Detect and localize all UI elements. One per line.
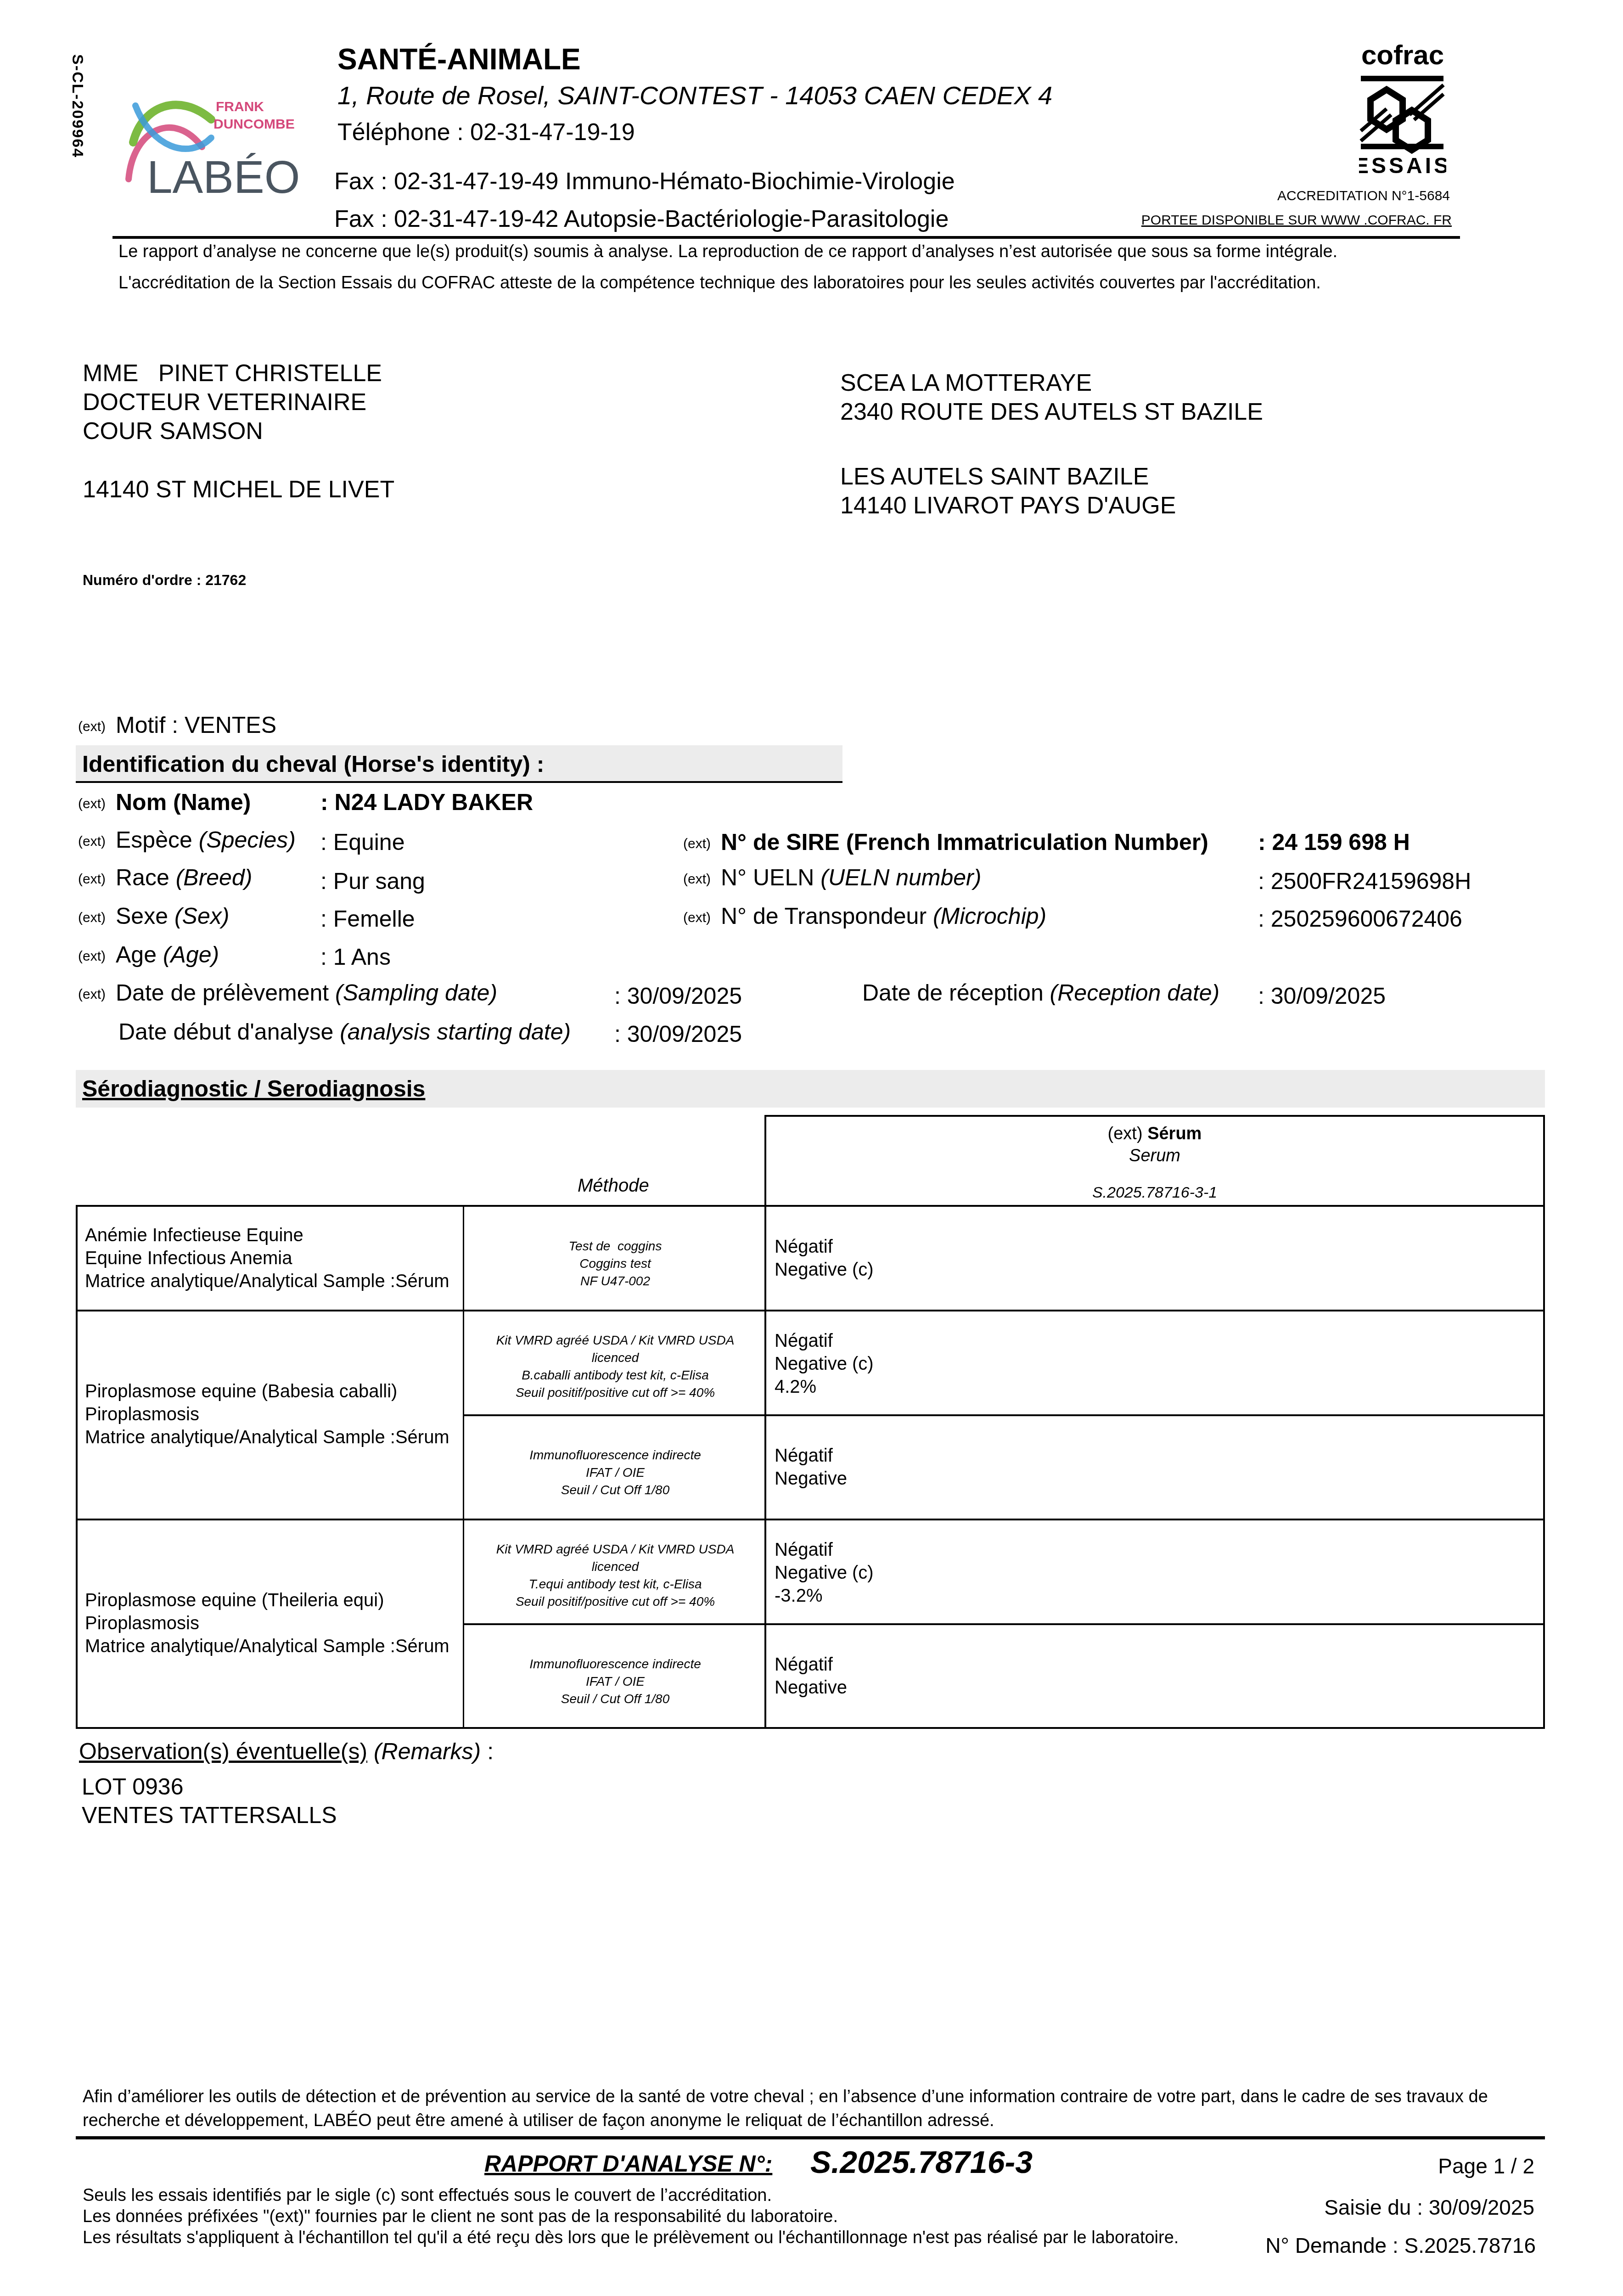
owner-line: SCEA LA MOTTERAYE xyxy=(840,369,1263,398)
method-line: IFAT / OIE xyxy=(464,1673,767,1690)
result-en: Negative (c) xyxy=(775,1352,874,1375)
sample-column-header: (ext) Sérum Serum S.2025.78716-3-1 xyxy=(764,1115,1545,1207)
result-fr: Négatif xyxy=(775,1235,874,1258)
ext-tag: (ext) xyxy=(78,796,106,811)
cofrac-logo: cofrac ESSAIS xyxy=(1359,39,1446,177)
analyte-name-fr: Piroplasmose equine (Babesia caballi) xyxy=(85,1380,449,1403)
row-divider xyxy=(76,1310,1545,1311)
result-fr: Négatif xyxy=(775,1329,874,1352)
breed-label-en: (Breed) xyxy=(176,865,253,890)
identity-row-name: (ext)Nom (Name) xyxy=(78,789,251,816)
analyte-name-fr: Anémie Infectieuse Equine xyxy=(85,1224,449,1247)
table-cell-result: Négatif Negative xyxy=(775,1653,847,1699)
identity-row-sampling-date: (ext)Date de prélèvement (Sampling date) xyxy=(78,979,497,1006)
ext-tag: (ext) xyxy=(683,872,711,887)
reception-date-label: Date de réception xyxy=(862,980,1044,1006)
ueln-label: N° UELN xyxy=(721,865,814,890)
sample-type: (ext) Sérum xyxy=(766,1124,1543,1144)
method-line: Seuil / Cut Off 1/80 xyxy=(464,1690,767,1708)
analyte-name-fr: Piroplasmose equine (Theileria equi) xyxy=(85,1589,449,1612)
recipient-line: COUR SAMSON xyxy=(83,417,382,446)
svg-text:cofrac: cofrac xyxy=(1361,39,1444,70)
result-percent: -3.2% xyxy=(775,1584,874,1607)
analysis-date-value: : 30/09/2025 xyxy=(614,1021,742,1047)
result-fr: Négatif xyxy=(775,1538,874,1561)
analyte-matrix: Matrice analytique/Analytical Sample :Sé… xyxy=(85,1270,449,1293)
footer-line: Les données préfixées "(ext)" fournies p… xyxy=(83,2206,1179,2227)
remark-line: VENTES TATTERSALLS xyxy=(82,1801,337,1829)
serodiagnosis-section-title: Sérodiagnostic / Serodiagnosis xyxy=(82,1075,425,1102)
research-notice: Afin d’améliorer les outils de détection… xyxy=(83,2085,1552,2133)
report-number-label: RAPPORT D'ANALYSE N°: xyxy=(484,2150,772,2177)
subrow-divider xyxy=(463,1623,1545,1625)
sire-label: N° de SIRE (French Immatriculation Numbe… xyxy=(721,829,1208,855)
sex-label-en: (Sex) xyxy=(174,903,229,929)
cofrac-scope-link[interactable]: PORTEE DISPONIBLE SUR WWW .COFRAC. FR xyxy=(1141,213,1452,228)
remarks-heading: Observation(s) éventuelle(s) (Remarks) : xyxy=(79,1738,494,1765)
transponder-value: : 250259600672406 xyxy=(1258,906,1462,932)
remarks-colon: : xyxy=(481,1739,494,1764)
ext-tag: (ext) xyxy=(683,910,711,925)
breed-value: : Pur sang xyxy=(320,868,425,895)
sampling-date-label-en: (Sampling date) xyxy=(335,980,497,1006)
ext-tag: (ext) xyxy=(78,872,106,887)
recipient-line: MME PINET CHRISTELLE xyxy=(83,359,382,388)
result-fr: Négatif xyxy=(775,1653,847,1676)
owner-line: 2340 ROUTE DES AUTELS ST BAZILE xyxy=(840,398,1263,427)
sampling-date-value: : 30/09/2025 xyxy=(614,983,742,1009)
ext-tag: (ext) xyxy=(1108,1124,1143,1143)
remark-line: LOT 0936 xyxy=(82,1773,337,1801)
footer-line: Les résultats s'appliquent à l'échantill… xyxy=(83,2227,1179,2248)
method-line: Seuil positif/positive cut off >= 40% xyxy=(464,1384,767,1401)
analysis-date-label-en: (analysis starting date) xyxy=(340,1019,571,1045)
recipient-address: MME PINET CHRISTELLE DOCTEUR VETERINAIRE… xyxy=(83,359,382,446)
table-cell-method: Test de coggins Coggins test NF U47-002 xyxy=(464,1238,767,1290)
remarks-content: LOT 0936 VENTES TATTERSALLS xyxy=(82,1773,337,1829)
method-line: Immunofluorescence indirecte xyxy=(464,1446,767,1464)
identity-section-header: Identification du cheval (Horse's identi… xyxy=(76,745,842,783)
lab-phone: Téléphone : 02-31-47-19-19 xyxy=(337,118,635,146)
age-label: Age xyxy=(116,942,157,968)
identity-row-breed: (ext)Race (Breed) xyxy=(78,864,252,891)
species-value: : Equine xyxy=(320,829,404,855)
motif-row: (ext)Motif : VENTES xyxy=(78,712,276,738)
ext-tag: (ext) xyxy=(78,910,106,925)
sex-label: Sexe xyxy=(116,903,168,929)
method-line: Kit VMRD agréé USDA / Kit VMRD USDA xyxy=(464,1332,767,1349)
method-line: B.caballi antibody test kit, c-Elisa xyxy=(464,1367,767,1384)
reception-date-label-en: (Reception date) xyxy=(1050,980,1220,1006)
request-number: N° Demande : S.2025.78716 xyxy=(1265,2233,1536,2258)
sample-name: Sérum xyxy=(1147,1124,1202,1143)
age-value: : 1 Ans xyxy=(320,944,391,970)
table-row-analyte: Piroplasmose equine (Babesia caballi) Pi… xyxy=(85,1380,449,1449)
result-en: Negative xyxy=(775,1676,847,1699)
svg-text:ESSAIS: ESSAIS xyxy=(1359,154,1446,177)
sampling-date-label: Date de prélèvement xyxy=(116,980,329,1006)
analysis-date-label: Date début d'analyse xyxy=(118,1019,333,1045)
row-divider xyxy=(76,1519,1545,1520)
reception-date-value: : 30/09/2025 xyxy=(1258,983,1386,1009)
motif-value: Motif : VENTES xyxy=(116,712,276,738)
method-line: T.equi antibody test kit, c-Elisa xyxy=(464,1576,767,1593)
lab-fax-immuno: Fax : 02-31-47-19-49 Immuno-Hémato-Bioch… xyxy=(334,168,955,195)
owner-line: LES AUTELS SAINT BAZILE xyxy=(840,462,1176,491)
table-cell-result: Négatif Negative (c) xyxy=(775,1235,874,1281)
identity-row-species: (ext)Espèce (Species) xyxy=(78,827,296,853)
remarks-title-en: (Remarks) xyxy=(374,1739,481,1764)
document-side-code: S-CL-209964 xyxy=(68,54,86,158)
transponder-label: N° de Transpondeur xyxy=(721,903,927,929)
method-line: IFAT / OIE xyxy=(464,1464,767,1481)
sample-name-en: Serum xyxy=(766,1146,1543,1166)
table-row-analyte: Piroplasmose equine (Theileria equi) Pir… xyxy=(85,1589,449,1658)
result-fr: Négatif xyxy=(775,1444,847,1467)
table-cell-result: Négatif Negative (c) -3.2% xyxy=(775,1538,874,1607)
recipient-line: DOCTEUR VETERINAIRE xyxy=(83,388,382,417)
method-line: Seuil / Cut Off 1/80 xyxy=(464,1481,767,1499)
recipient-city: 14140 ST MICHEL DE LIVET xyxy=(83,475,394,504)
method-line: NF U47-002 xyxy=(464,1272,767,1290)
transponder-label-en: (Microchip) xyxy=(933,903,1046,929)
svg-text:DUNCOMBE: DUNCOMBE xyxy=(213,117,295,132)
sire-value: : 24 159 698 H xyxy=(1258,829,1410,855)
method-line: licenced xyxy=(464,1558,767,1576)
header-divider xyxy=(112,236,1460,239)
sex-value: : Femelle xyxy=(320,906,415,932)
method-line: Seuil positif/positive cut off >= 40% xyxy=(464,1593,767,1610)
ext-tag: (ext) xyxy=(78,987,106,1002)
identity-row-sire: (ext)N° de SIRE (French Immatriculation … xyxy=(683,829,1208,855)
method-line: Immunofluorescence indirecte xyxy=(464,1655,767,1673)
owner-line: 14140 LIVAROT PAYS D'AUGE xyxy=(840,491,1176,520)
cofrac-essais-icon: cofrac ESSAIS xyxy=(1359,39,1446,177)
identity-row-sex: (ext)Sexe (Sex) xyxy=(78,903,229,929)
identity-section-title: Identification du cheval (Horse's identi… xyxy=(82,751,544,777)
ext-tag: (ext) xyxy=(683,836,711,851)
remarks-title: Observation(s) éventuelle(s) xyxy=(79,1739,367,1764)
result-en: Negative (c) xyxy=(775,1561,874,1584)
age-label-en: (Age) xyxy=(163,942,219,968)
labeo-swoosh-icon: FRANK DUNCOMBE LABÉO xyxy=(124,78,326,202)
table-cell-method: Immunofluorescence indirecte IFAT / OIE … xyxy=(464,1655,767,1708)
svg-text:LABÉO: LABÉO xyxy=(147,152,300,202)
method-line: Coggins test xyxy=(464,1255,767,1272)
method-line: licenced xyxy=(464,1349,767,1367)
accreditation-number: ACCREDITATION N°1-5684 xyxy=(1277,188,1450,204)
svg-text:FRANK: FRANK xyxy=(216,99,264,114)
order-number: Numéro d'ordre : 21762 xyxy=(83,572,246,589)
analyte-name-en: Equine Infectious Anemia xyxy=(85,1247,449,1270)
ext-tag: (ext) xyxy=(78,949,106,964)
report-number: S.2025.78716-3 xyxy=(810,2144,1033,2180)
identity-row-reception-date: Date de réception (Reception date) xyxy=(862,979,1219,1006)
method-line: Test de coggins xyxy=(464,1238,767,1255)
name-label: Nom (Name) xyxy=(116,789,251,815)
table-cell-method: Immunofluorescence indirecte IFAT / OIE … xyxy=(464,1446,767,1499)
footer-divider xyxy=(76,2136,1545,2139)
method-line: Kit VMRD agréé USDA / Kit VMRD USDA xyxy=(464,1541,767,1558)
table-cell-result: Négatif Negative xyxy=(775,1444,847,1490)
species-label: Espèce xyxy=(116,827,192,853)
horse-name: : N24 LADY BAKER xyxy=(320,789,533,816)
labeo-logo: FRANK DUNCOMBE LABÉO xyxy=(124,78,326,202)
owner-address: SCEA LA MOTTERAYE 2340 ROUTE DES AUTELS … xyxy=(840,369,1263,427)
identity-row-analysis-date: Date début d'analyse (analysis starting … xyxy=(118,1019,571,1045)
subrow-divider xyxy=(463,1414,1545,1416)
page-indicator: Page 1 / 2 xyxy=(1438,2154,1534,2178)
breed-label: Race xyxy=(116,865,169,890)
identity-row-transponder: (ext)N° de Transpondeur (Microchip) xyxy=(683,903,1046,929)
table-row-analyte: Anémie Infectieuse Equine Equine Infecti… xyxy=(85,1224,449,1293)
entry-date: Saisie du : 30/09/2025 xyxy=(1324,2195,1534,2220)
analyte-matrix: Matrice analytique/Analytical Sample :Sé… xyxy=(85,1635,449,1658)
lab-name: SANTÉ-ANIMALE xyxy=(337,42,581,76)
identity-row-age: (ext)Age (Age) xyxy=(78,941,219,968)
ueln-label-en: (UELN number) xyxy=(820,865,981,890)
table-cell-result: Négatif Negative (c) 4.2% xyxy=(775,1329,874,1398)
accreditation-disclaimer: L'accréditation de la Section Essais du … xyxy=(118,273,1321,293)
owner-address-city: LES AUTELS SAINT BAZILE 14140 LIVAROT PA… xyxy=(840,462,1176,520)
sample-id: S.2025.78716-3-1 xyxy=(766,1184,1543,1202)
ext-tag: (ext) xyxy=(78,834,106,849)
analyte-matrix: Matrice analytique/Analytical Sample :Sé… xyxy=(85,1426,449,1449)
species-label-en: (Species) xyxy=(199,827,296,853)
footer-line: Seuls les essais identifiés par le sigle… xyxy=(83,2185,1179,2206)
ueln-value: : 2500FR24159698H xyxy=(1258,868,1471,895)
ext-tag: (ext) xyxy=(78,719,106,734)
result-en: Negative xyxy=(775,1467,847,1490)
identity-row-ueln: (ext)N° UELN (UELN number) xyxy=(683,864,981,891)
result-en: Negative (c) xyxy=(775,1258,874,1281)
analyte-name-en: Piroplasmosis xyxy=(85,1612,449,1635)
lab-fax-autopsie: Fax : 02-31-47-19-42 Autopsie-Bactériolo… xyxy=(334,205,949,233)
method-column-header: Méthode xyxy=(578,1176,649,1196)
lab-address: 1, Route de Rosel, SAINT-CONTEST - 14053… xyxy=(337,80,1052,110)
report-disclaimer: Le rapport d’analyse ne concerne que le(… xyxy=(118,242,1337,262)
analyte-name-en: Piroplasmosis xyxy=(85,1403,449,1426)
serodiagnosis-section-header: Sérodiagnostic / Serodiagnosis xyxy=(76,1070,1545,1108)
result-percent: 4.2% xyxy=(775,1375,874,1398)
table-cell-method: Kit VMRD agréé USDA / Kit VMRD USDA lice… xyxy=(464,1541,767,1610)
footer-legal: Seuls les essais identifiés par le sigle… xyxy=(83,2185,1179,2248)
table-cell-method: Kit VMRD agréé USDA / Kit VMRD USDA lice… xyxy=(464,1332,767,1401)
